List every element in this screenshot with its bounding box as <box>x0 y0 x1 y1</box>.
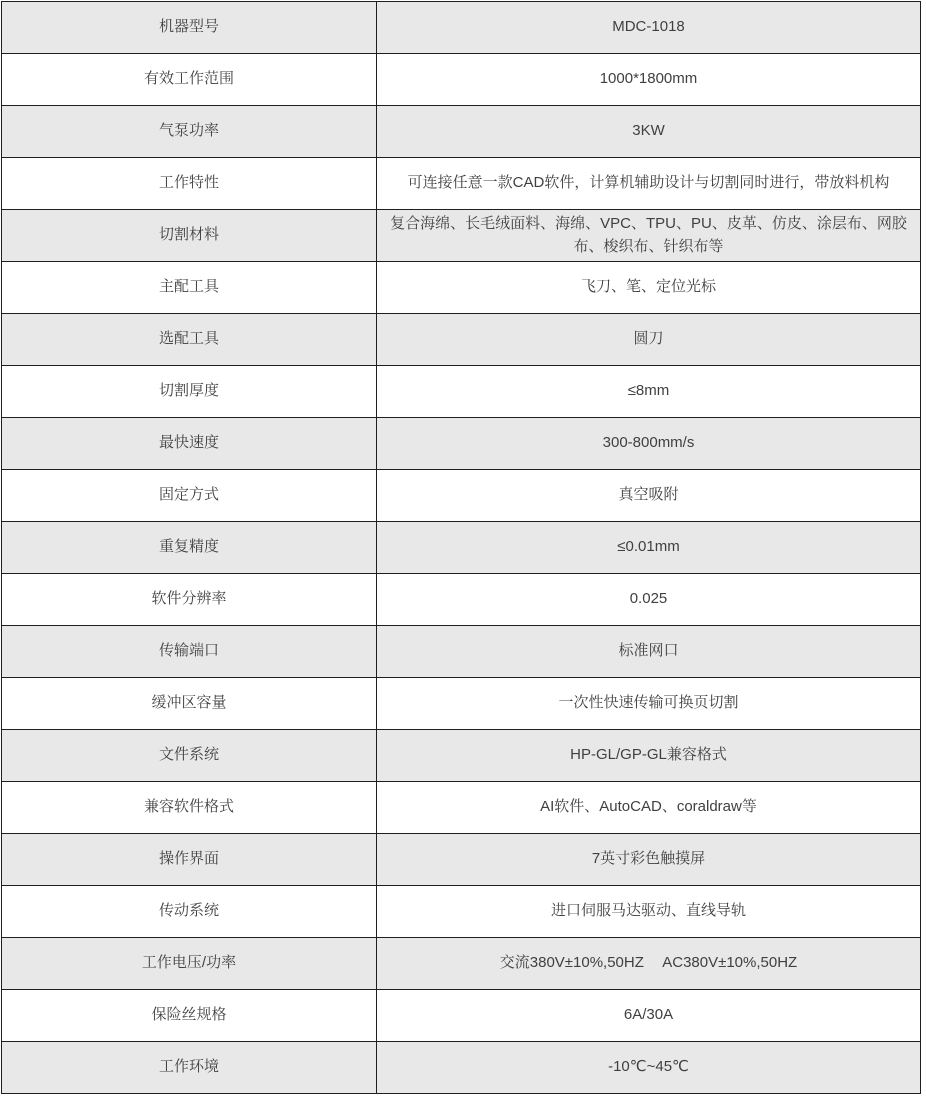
spec-label-cell: 兼容软件格式 <box>2 782 377 834</box>
spec-row: 重复精度≤0.01mm <box>2 522 921 574</box>
spec-row: 保险丝规格6A/30A <box>2 990 921 1042</box>
spec-value-cell: 复合海绵、长毛绒面料、海绵、VPC、TPU、PU、皮革、仿皮、涂层布、网胶布、梭… <box>377 210 921 262</box>
spec-value-cell: 真空吸附 <box>377 470 921 522</box>
spec-row: 工作电压/功率交流380V±10%,50HZ AC380V±10%,50HZ <box>2 938 921 990</box>
spec-sheet-page: 机器型号MDC-1018有效工作范围1000*1800mm气泵功率3KW工作特性… <box>0 0 926 1116</box>
spec-value-cell: 交流380V±10%,50HZ AC380V±10%,50HZ <box>377 938 921 990</box>
spec-row: 气泵功率3KW <box>2 106 921 158</box>
spec-label-cell: 切割材料 <box>2 210 377 262</box>
spec-row: 固定方式真空吸附 <box>2 470 921 522</box>
spec-label-cell: 重复精度 <box>2 522 377 574</box>
spec-row: 软件分辨率0.025 <box>2 574 921 626</box>
spec-value-cell: 可连接任意一款CAD软件，计算机辅助设计与切割同时进行，带放料机构 <box>377 158 921 210</box>
spec-row: 传动系统进口伺服马达驱动、直线导轨 <box>2 886 921 938</box>
spec-label-cell: 有效工作范围 <box>2 54 377 106</box>
spec-row: 最快速度300-800mm/s <box>2 418 921 470</box>
spec-label-cell: 文件系统 <box>2 730 377 782</box>
spec-row: 缓冲区容量一次性快速传输可换页切割 <box>2 678 921 730</box>
spec-value-cell: -10℃~45℃ <box>377 1042 921 1094</box>
spec-label-cell: 缓冲区容量 <box>2 678 377 730</box>
spec-row: 选配工具圆刀 <box>2 314 921 366</box>
spec-label-cell: 固定方式 <box>2 470 377 522</box>
spec-table: 机器型号MDC-1018有效工作范围1000*1800mm气泵功率3KW工作特性… <box>1 1 921 1094</box>
spec-row: 传输端口标准网口 <box>2 626 921 678</box>
spec-value-cell: 0.025 <box>377 574 921 626</box>
spec-label-cell: 保险丝规格 <box>2 990 377 1042</box>
spec-row: 机器型号MDC-1018 <box>2 2 921 54</box>
spec-label-cell: 选配工具 <box>2 314 377 366</box>
spec-row: 切割材料复合海绵、长毛绒面料、海绵、VPC、TPU、PU、皮革、仿皮、涂层布、网… <box>2 210 921 262</box>
spec-row: 主配工具飞刀、笔、定位光标 <box>2 262 921 314</box>
spec-row: 工作环境-10℃~45℃ <box>2 1042 921 1094</box>
spec-row: 切割厚度≤8mm <box>2 366 921 418</box>
spec-label-cell: 软件分辨率 <box>2 574 377 626</box>
spec-value-cell: 圆刀 <box>377 314 921 366</box>
spec-value-cell: 1000*1800mm <box>377 54 921 106</box>
spec-value-cell: 一次性快速传输可换页切割 <box>377 678 921 730</box>
spec-value-cell: AI软件、AutoCAD、coraldraw等 <box>377 782 921 834</box>
spec-label-cell: 传动系统 <box>2 886 377 938</box>
spec-row: 操作界面7英寸彩色触摸屏 <box>2 834 921 886</box>
spec-value-cell: 飞刀、笔、定位光标 <box>377 262 921 314</box>
spec-label-cell: 主配工具 <box>2 262 377 314</box>
spec-value-cell: 标准网口 <box>377 626 921 678</box>
spec-label-cell: 机器型号 <box>2 2 377 54</box>
spec-label-cell: 工作特性 <box>2 158 377 210</box>
spec-label-cell: 工作环境 <box>2 1042 377 1094</box>
spec-value-cell: MDC-1018 <box>377 2 921 54</box>
spec-label-cell: 传输端口 <box>2 626 377 678</box>
spec-row: 工作特性可连接任意一款CAD软件，计算机辅助设计与切割同时进行，带放料机构 <box>2 158 921 210</box>
spec-table-body: 机器型号MDC-1018有效工作范围1000*1800mm气泵功率3KW工作特性… <box>2 2 921 1094</box>
spec-label-cell: 最快速度 <box>2 418 377 470</box>
spec-label-cell: 工作电压/功率 <box>2 938 377 990</box>
spec-label-cell: 切割厚度 <box>2 366 377 418</box>
spec-value-cell: 3KW <box>377 106 921 158</box>
spec-value-cell: ≤0.01mm <box>377 522 921 574</box>
spec-value-cell: 7英寸彩色触摸屏 <box>377 834 921 886</box>
spec-value-cell: ≤8mm <box>377 366 921 418</box>
spec-label-cell: 操作界面 <box>2 834 377 886</box>
spec-value-cell: 进口伺服马达驱动、直线导轨 <box>377 886 921 938</box>
spec-row: 有效工作范围1000*1800mm <box>2 54 921 106</box>
spec-row: 兼容软件格式AI软件、AutoCAD、coraldraw等 <box>2 782 921 834</box>
spec-value-cell: HP-GL/GP-GL兼容格式 <box>377 730 921 782</box>
spec-value-cell: 300-800mm/s <box>377 418 921 470</box>
spec-value-cell: 6A/30A <box>377 990 921 1042</box>
spec-label-cell: 气泵功率 <box>2 106 377 158</box>
spec-row: 文件系统HP-GL/GP-GL兼容格式 <box>2 730 921 782</box>
